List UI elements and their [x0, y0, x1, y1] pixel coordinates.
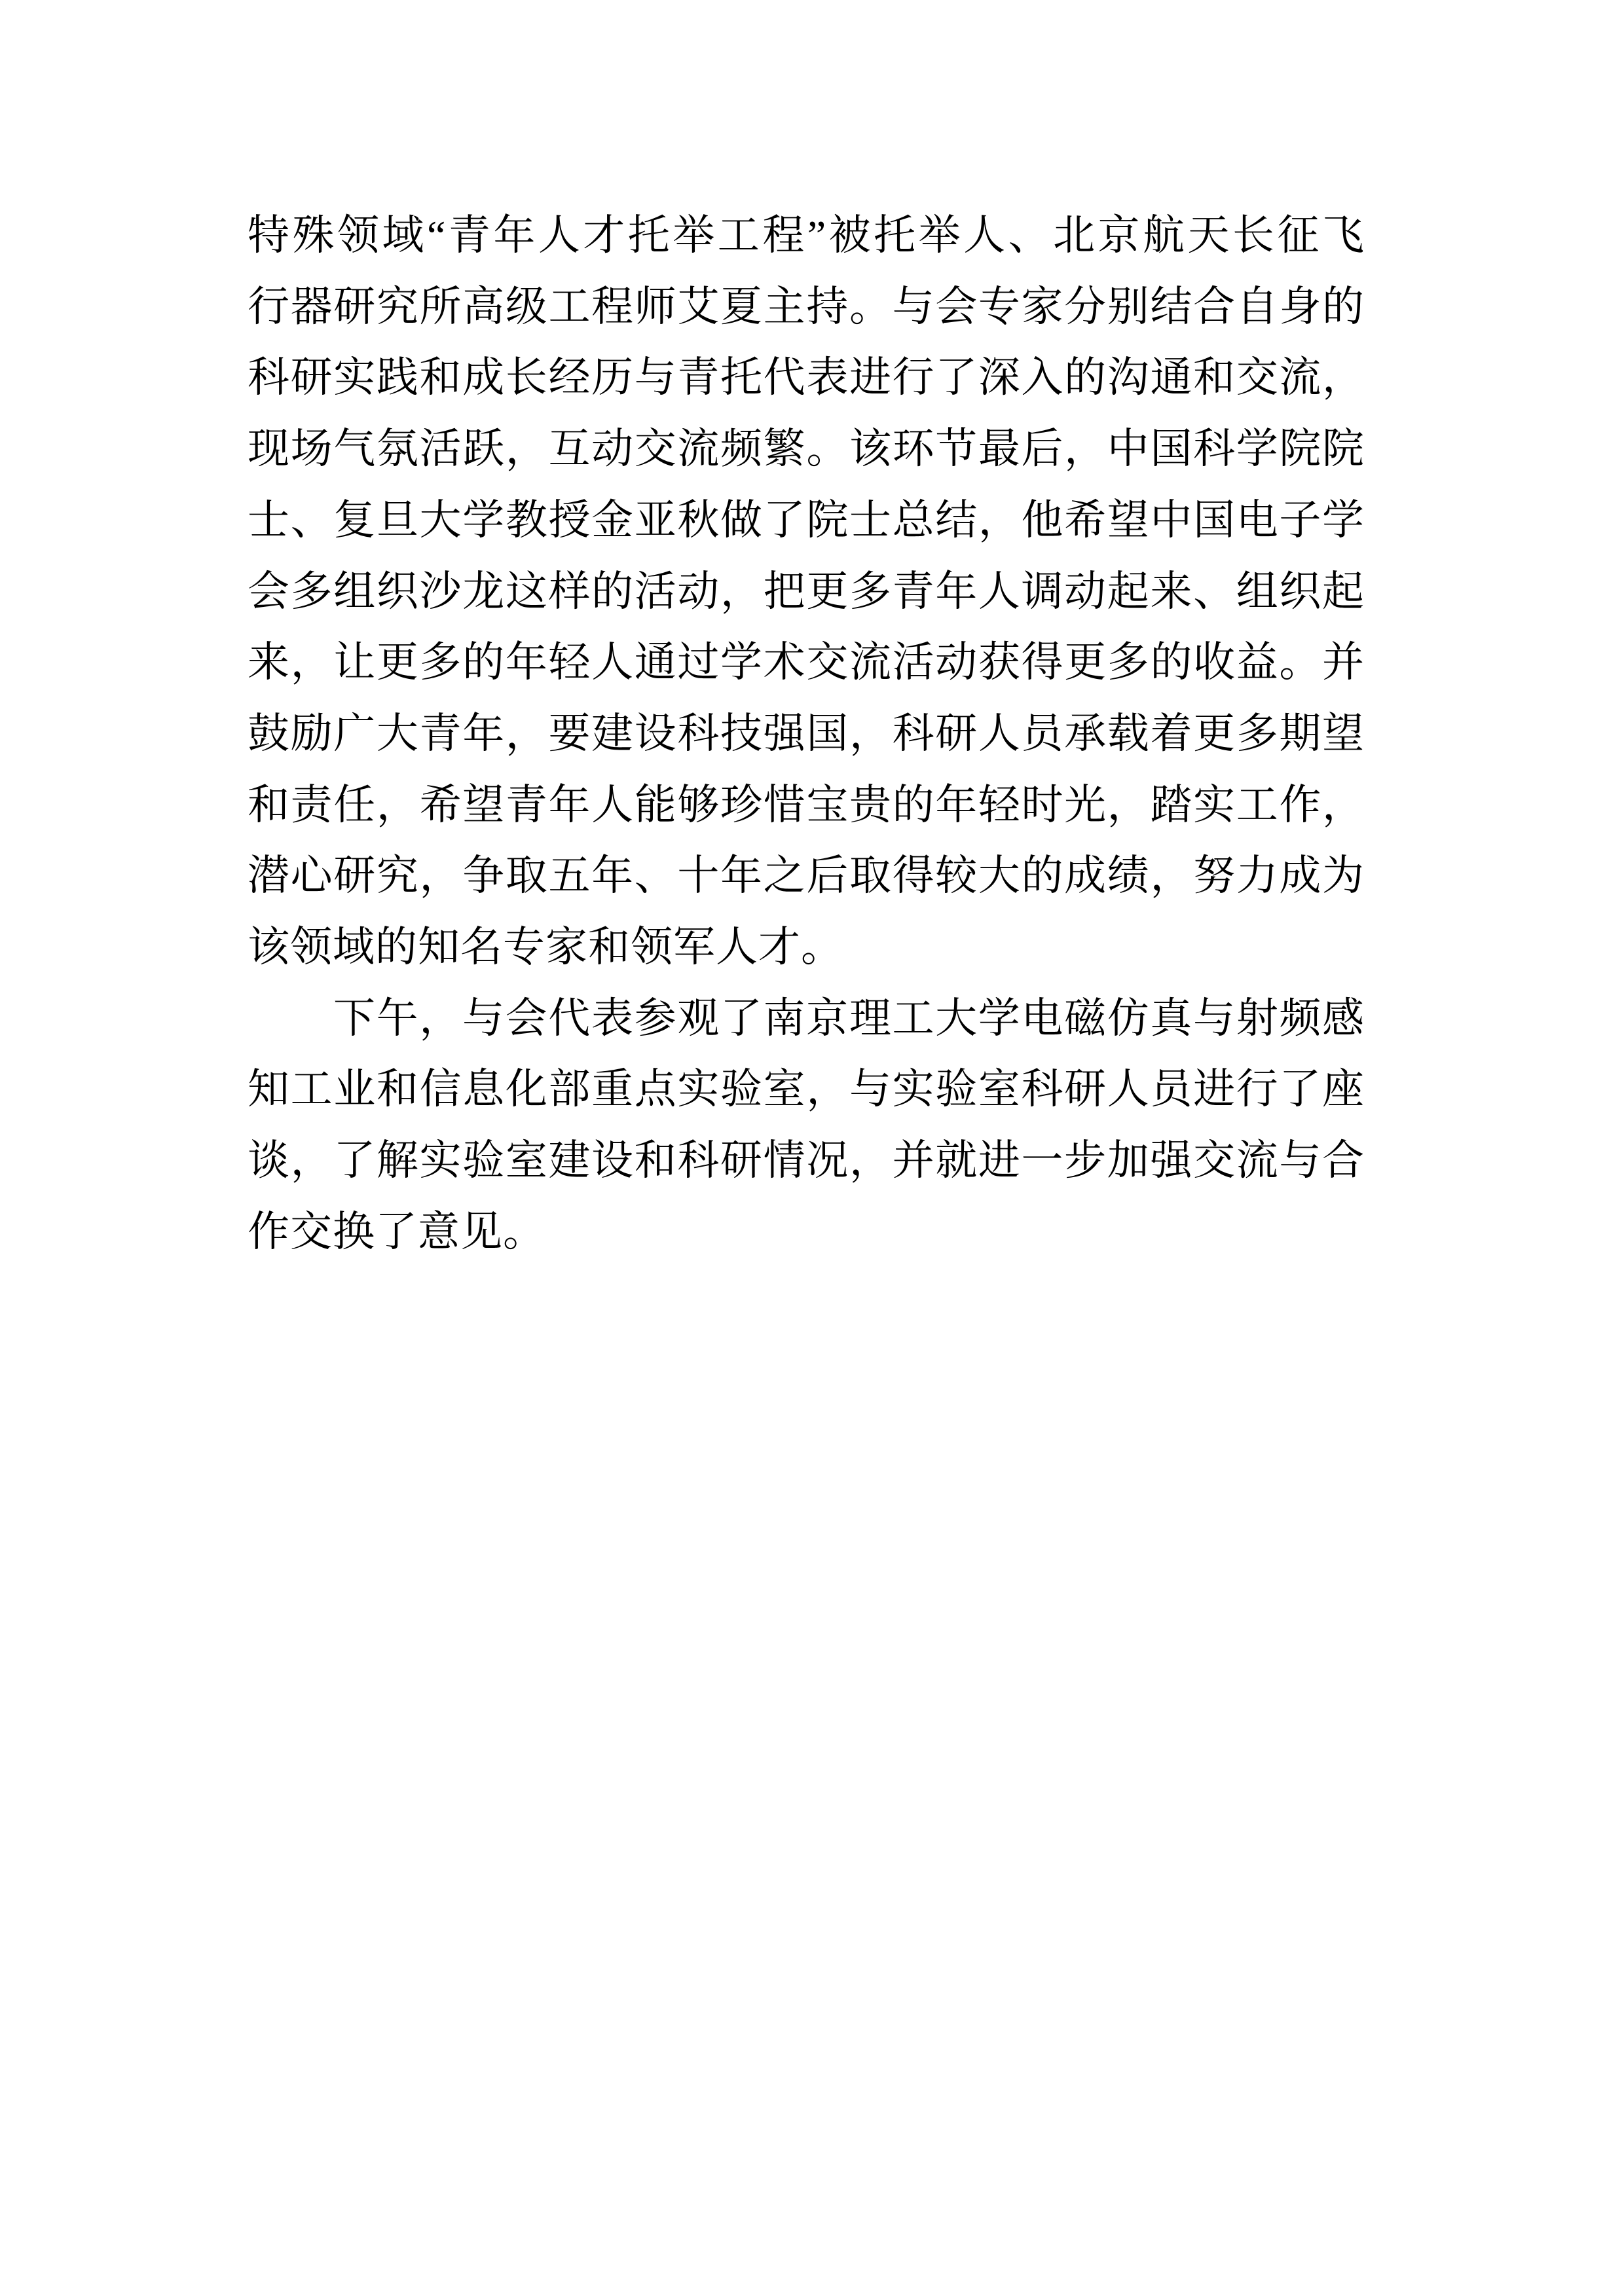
paragraph-1-line-10: 潜心研究，争取五年、十年之后取得较大的成绩，努力成为	[248, 841, 1365, 912]
paragraph-1-line-7: 来，让更多的年轻人通过学术交流活动获得更多的收益。并	[248, 627, 1365, 699]
paragraph-1-line-6: 会多组织沙龙这样的活动，把更多青年人调动起来、组织起	[248, 556, 1365, 628]
paragraph-2-line-1: 下午，与会代表参观了南京理工大学电磁仿真与射频感	[248, 983, 1365, 1055]
paragraph-1-line-8: 鼓励广大青年，要建设科技强国，科研人员承载着更多期望	[248, 699, 1365, 770]
paragraph-2-line-4: 作交换了意见。	[248, 1197, 1365, 1268]
paragraph-2-line-2: 知工业和信息化部重点实验室，与实验室科研人员进行了座	[248, 1054, 1365, 1125]
text-block: 特殊领域“青年人才托举工程”被托举人、北京航天长征飞行器研究所高级工程师艾夏主持…	[248, 200, 1365, 1268]
paragraph-1-line-3: 科研实践和成长经历与青托代表进行了深入的沟通和交流，	[248, 342, 1365, 414]
paragraph-1-line-4: 现场气氛活跃，互动交流频繁。该环节最后，中国科学院院	[248, 414, 1365, 485]
paragraph-1-line-5: 士、复旦大学教授金亚秋做了院士总结，他希望中国电子学	[248, 485, 1365, 556]
document-page: 特殊领域“青年人才托举工程”被托举人、北京航天长征飞行器研究所高级工程师艾夏主持…	[0, 0, 1624, 2296]
paragraph-1-line-1: 特殊领域“青年人才托举工程”被托举人、北京航天长征飞	[248, 200, 1365, 272]
paragraph-1-line-9: 和责任，希望青年人能够珍惜宝贵的年轻时光，踏实工作，	[248, 770, 1365, 841]
paragraph-1-line-11: 该领域的知名专家和领军人才。	[248, 912, 1365, 983]
paragraph-1-line-2: 行器研究所高级工程师艾夏主持。与会专家分别结合自身的	[248, 272, 1365, 343]
paragraph-2-line-3: 谈，了解实验室建设和科研情况，并就进一步加强交流与合	[248, 1125, 1365, 1197]
